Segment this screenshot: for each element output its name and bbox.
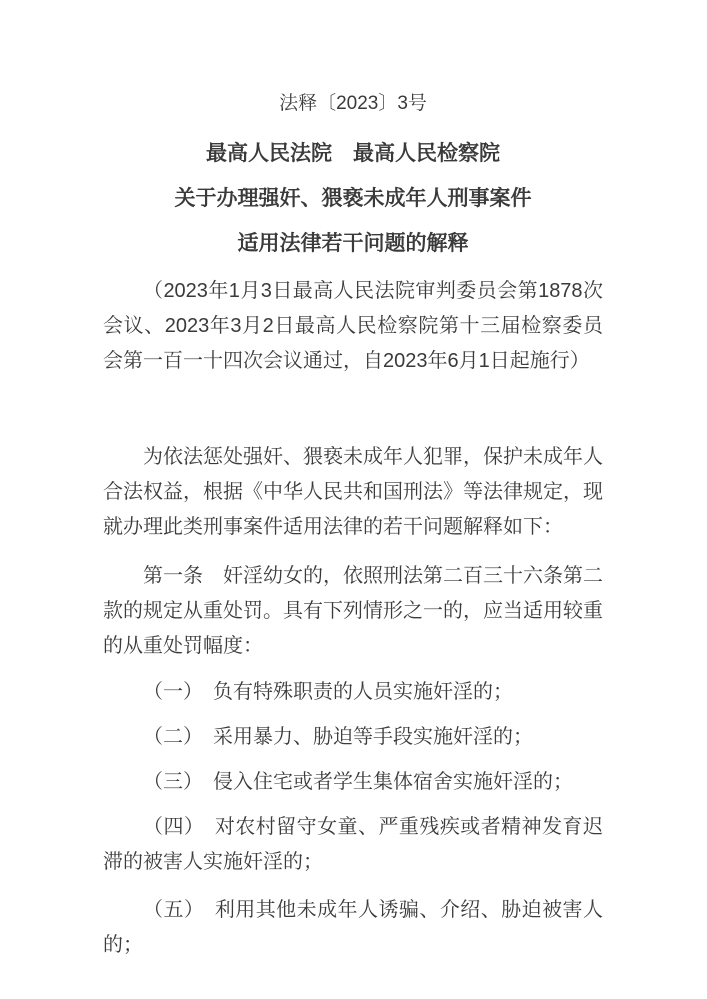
preamble-paragraph: 为依法惩处强奸、猥亵未成年人犯罪，保护未成年人合法权益，根据《中华人民共和国刑法… [103, 440, 603, 545]
article-1-item-3: （三） 侵入住宅或者学生集体宿舍实施奸淫的； [103, 765, 603, 800]
article-1-intro: 第一条 奸淫幼女的，依照刑法第二百三十六条第二款的规定从重处罚。具有下列情形之一… [103, 559, 603, 664]
document-page: 法释〔2023〕3号 最高人民法院 最高人民检察院 关于办理强奸、猥亵未成年人刑… [0, 0, 707, 999]
adoption-note: （2023年1月3日最高人民法院审判委员会第1878次会议、2023年3月2日最… [103, 274, 603, 379]
document-title-line2: 适用法律若干问题的解释 [103, 221, 603, 266]
issuing-authorities-heading: 最高人民法院 最高人民检察院 [103, 131, 603, 176]
doc-number: 法释〔2023〕3号 [103, 90, 603, 118]
article-1-item-1: （一） 负有特殊职责的人员实施奸淫的； [103, 675, 603, 710]
document-title-line1: 关于办理强奸、猥亵未成年人刑事案件 [103, 176, 603, 221]
article-1-item-4: （四） 对农村留守女童、严重残疾或者精神发育迟滞的被害人实施奸淫的； [103, 810, 603, 880]
article-1-item-5: （五） 利用其他未成年人诱骗、介绍、胁迫被害人的； [103, 893, 603, 963]
article-1-item-2: （二） 采用暴力、胁迫等手段实施奸淫的； [103, 720, 603, 755]
